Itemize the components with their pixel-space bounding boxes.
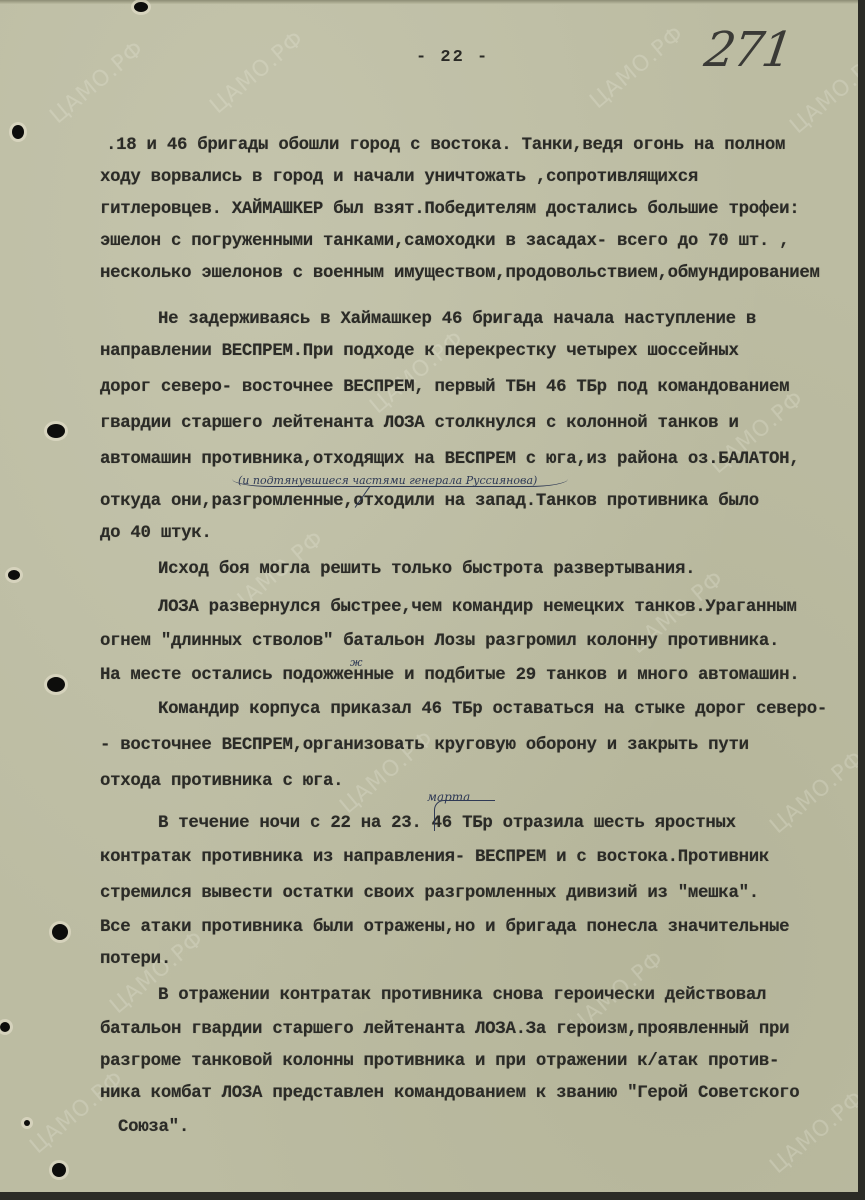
text-line: На месте остались подожженные и подбитые… — [100, 666, 799, 685]
punch-hole — [47, 424, 65, 438]
punch-hole — [8, 570, 20, 580]
text-line: .18 и 46 бригады обошли город с востока.… — [106, 136, 785, 155]
text-line: гвардии старшего лейтенанта ЛОЗА столкну… — [100, 414, 739, 433]
text-line: В отражении контратак противника снова г… — [158, 986, 766, 1005]
document-page: ЦАМО.РФ ЦАМО.РФ ЦАМО.РФ ЦАМО.РФ ЦАМО.РФ … — [0, 0, 858, 1192]
text-line: контратак противника из направления- ВЕС… — [100, 848, 769, 867]
text-line: ЛОЗА развернулся быстрее,чем командир не… — [158, 598, 797, 617]
watermark: ЦАМО.РФ — [205, 26, 309, 119]
text-line: эшелон с погруженными танками,самоходки … — [100, 232, 789, 251]
text-line: автомашин противника,отходящих на ВЕСПРЕ… — [100, 450, 799, 469]
punch-hole — [47, 677, 65, 692]
text-line: Исход боя могла решить только быстрота р… — [158, 560, 695, 579]
punch-hole — [52, 924, 68, 940]
text-line: разгроме танковой колонны противника и п… — [100, 1052, 779, 1071]
archive-sheet-number: 271 — [701, 22, 794, 78]
text-line: отхода противника с юга. — [100, 772, 343, 791]
text-line: дорог северо- восточнее ВЕСПРЕМ, первый … — [100, 378, 789, 397]
page-number: - 22 - — [416, 48, 489, 67]
text-line: ходу ворвались в город и начали уничтожа… — [100, 168, 698, 187]
text-line: - восточнее ВЕСПРЕМ,организовать кругову… — [100, 736, 749, 755]
watermark: ЦАМО.РФ — [365, 326, 469, 419]
watermark: ЦАМО.РФ — [785, 46, 858, 139]
text-line: батальон гвардии старшего лейтенанта ЛОЗ… — [100, 1020, 789, 1039]
text-line: гитлеровцев. ХАЙМАШКЕР был взят.Победите… — [100, 200, 799, 219]
text-line: Командир корпуса приказал 46 ТБр остават… — [158, 700, 827, 719]
text-line: направлении ВЕСПРЕМ.При подходе к перекр… — [100, 342, 739, 361]
page-top-edge — [0, 0, 858, 4]
punch-hole — [0, 1022, 10, 1032]
punch-hole — [52, 1163, 66, 1177]
punch-hole — [134, 2, 148, 12]
text-line: ника комбат ЛОЗА представлен командовани… — [100, 1084, 799, 1103]
punch-hole — [24, 1120, 30, 1126]
handwritten-underline — [232, 476, 568, 487]
text-line: Все атаки противника были отражены,но и … — [100, 918, 789, 937]
punch-hole — [12, 125, 24, 139]
text-line: несколько эшелонов с военным имуществом,… — [100, 264, 820, 283]
watermark: ЦАМО.РФ — [45, 36, 149, 129]
handwritten-insert-mark — [434, 800, 495, 831]
text-line: стремился вывести остатки своих разгромл… — [100, 884, 759, 903]
text-line: Союза". — [118, 1118, 189, 1137]
text-line: Не задерживаясь в Хаймашкер 46 бригада н… — [158, 310, 756, 329]
text-line: огнем "длинных стволов" батальон Лозы ра… — [100, 632, 779, 651]
text-line: до 40 штук. — [100, 524, 212, 543]
handwritten-correction: ж — [350, 656, 363, 669]
watermark: ЦАМО.РФ — [585, 21, 689, 114]
text-line: откуда они,разгромленные,отходили на зап… — [100, 492, 759, 511]
watermark: ЦАМО.РФ — [765, 746, 858, 839]
watermark: ЦАМО.РФ — [25, 1066, 129, 1159]
text-line: потери. — [100, 950, 171, 969]
